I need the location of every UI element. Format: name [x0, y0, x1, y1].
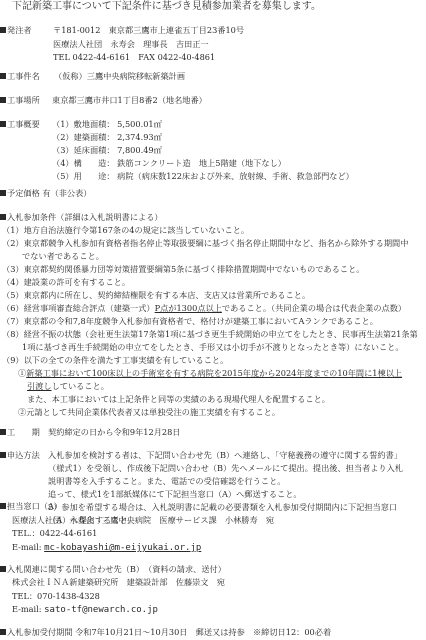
period-value: 契約締定の日から令和9年12月28日 [48, 426, 180, 439]
project-site: 工事場所 [0, 94, 40, 107]
condition-8: （8）経営不振の状態（会社更生法第17条第1項に基づき更生手続開始の申立てをした… [2, 328, 418, 341]
apply-line-2: （様式1）を受領し、作成後下記問い合わせ（B）先へメールにて提出。提出後、担当者… [48, 462, 403, 475]
period-label: 工 期 [0, 426, 40, 439]
apply-line-4: 追って、様式1を1部紙媒体にて下記担当窓口（A）へ郵送すること。 [48, 488, 302, 501]
condition-9-1-note: また、本工事においては上記条件と同等の実績のある現場代理人を配置すること。 [27, 393, 330, 406]
condition-2-cont: でない者であること。 [22, 250, 104, 263]
bullet-square-icon [0, 27, 6, 33]
contact-a-tel: TEL.：0422-44-6161 [12, 527, 97, 540]
overview-item: （2）建築面積： 2,374.93㎡ [52, 131, 162, 144]
apply-line-5: 2）参加を希望する場合は、入札説明書に記載の必要書類を入札参加受付期間内に下記担… [48, 501, 397, 514]
condition-9-1-cont: 引渡ししていること。 [27, 380, 109, 393]
bullet-square-icon [0, 429, 6, 435]
contact-a-email-link[interactable]: mc-kobayashi@m-eijyukai.or.jp [44, 543, 201, 553]
overview-item: （5）用 途： 病院（病床数122床および外来、放射線、手術、救急部門など） [52, 170, 354, 183]
contact-a-org: 医療法人社団 永寿会 三鷹中央病院 医療サービス課 小林勝寿 宛 [12, 514, 274, 527]
project-name-value: （仮称）三鷹中央病院移転新築計画 [54, 70, 185, 83]
bullet-square-icon [0, 73, 6, 79]
bullet-square-icon [0, 190, 6, 196]
contact-b-email-row: E-mail: sato-tf@newarch.co.jp [12, 603, 158, 617]
condition-7: （7）東京都の令和7,8年度競争入札参加有資格者で、格付けが建築工事においてAラ… [2, 315, 378, 328]
conditions-title: 入札参加条件（詳細は入札説明書による） [0, 211, 163, 224]
apply-label: 申込方法 [0, 449, 40, 462]
condition-4: （4）建設業の許可を有すること。 [2, 276, 130, 289]
condition-9-1: ①新築工事において100床以上の手術室を有する病院を2015年度から2024年度… [18, 367, 402, 380]
bullet-square-icon [0, 566, 6, 572]
orderer-tel: TEL 0422-44-6161 FAX 0422-40-4861 [53, 51, 215, 64]
orderer-label: 発注者 [0, 24, 32, 37]
overview-item: （4）構 造： 鉄筋コンクリート造 地上5階建（地下なし） [52, 157, 286, 170]
reception-period: 入札参加受付期間 令和7年10月21日～10月30日 郵送又は持参 ※締切日12… [0, 626, 331, 639]
bullet-square-icon [0, 214, 6, 220]
contact-b-org: 株式会社ＩＮＡ新建築研究所 建築設計部 佐藤崇文 宛 [12, 576, 225, 589]
contact-a-title: 担当窓口（A） [0, 500, 62, 513]
orderer-org: 医療法人社団 永寿会 理事長 吉田正一 [53, 38, 209, 51]
orderer-address: 〒181-0012 東京都三鷹市上連雀五丁目23番10号 [53, 24, 244, 37]
bullet-square-icon [0, 629, 6, 635]
contact-b-title: 入札関連に関する問い合わせ先（B） （資料の請求、送付） [0, 563, 226, 576]
planned-price: 予定価格 有（非公表） [0, 187, 91, 200]
condition-1: （1）地方自治法施行令第167条の4の規定に該当していないこと。 [2, 224, 249, 237]
overview-label: 工事概要 [0, 118, 40, 131]
condition-5: （5）東京都内に所在し、契約締結権限を有する本店、支店又は営業所であること。 [2, 289, 310, 302]
bullet-square-icon [0, 97, 6, 103]
intro-text: 下記新築工事について下記条件に基づき見積参加業者を募集します。 [12, 0, 321, 13]
contact-b-tel: TEL：070-1438-4328 [12, 590, 100, 603]
bullet-square-icon [0, 503, 6, 509]
project-site-value: 東京都三鷹市井口1丁目8番2（地名地番） [52, 94, 207, 107]
project-name: 工事件名 [0, 70, 40, 83]
bullet-square-icon [0, 452, 6, 458]
contact-b-email-link[interactable]: sato-tf@newarch.co.jp [44, 605, 158, 615]
apply-line-3: 説明書等を入手すること。また、電話での受信確認を行うこと。 [48, 475, 285, 488]
overview-item: （3）延床面積： 7,800.49㎡ [52, 144, 162, 157]
condition-2: （2）東京都競争入札参加有資格者指名停止等取扱要綱に基づく指名停止期間中など、指… [2, 237, 408, 250]
condition-6: （6）経営事項審査総合評点（建築一式）P点が1300点以上であること。（共同企業… [2, 302, 406, 315]
apply-line-1: 入札参加を検討する者は、下記問い合わせ先（B）へ連絡し、「守秘義務の遵守に関する… [48, 449, 402, 462]
overview-item: （1）敷地面積： 5,500.01㎡ [52, 118, 162, 131]
bullet-square-icon [0, 121, 6, 127]
contact-a-email-row: E-mail: mc-kobayashi@m-eijyukai.or.jp [12, 541, 201, 555]
condition-3: （3）東京都契約関係暴力団等対策措置要綱第5条に基づく排除措置期間中でないもので… [2, 263, 364, 276]
condition-8-cont: 1項に基づき再生手続開始の申立てをしたとき、手形又は小切手が不渡りとなったとき等… [22, 341, 404, 354]
condition-9-2: ②元請として共同企業体代表者又は単独受注の施工実績を有すること。 [18, 406, 280, 419]
condition-9: （9）以下の全ての条件を満たす工事実績を有していること。 [2, 354, 228, 367]
